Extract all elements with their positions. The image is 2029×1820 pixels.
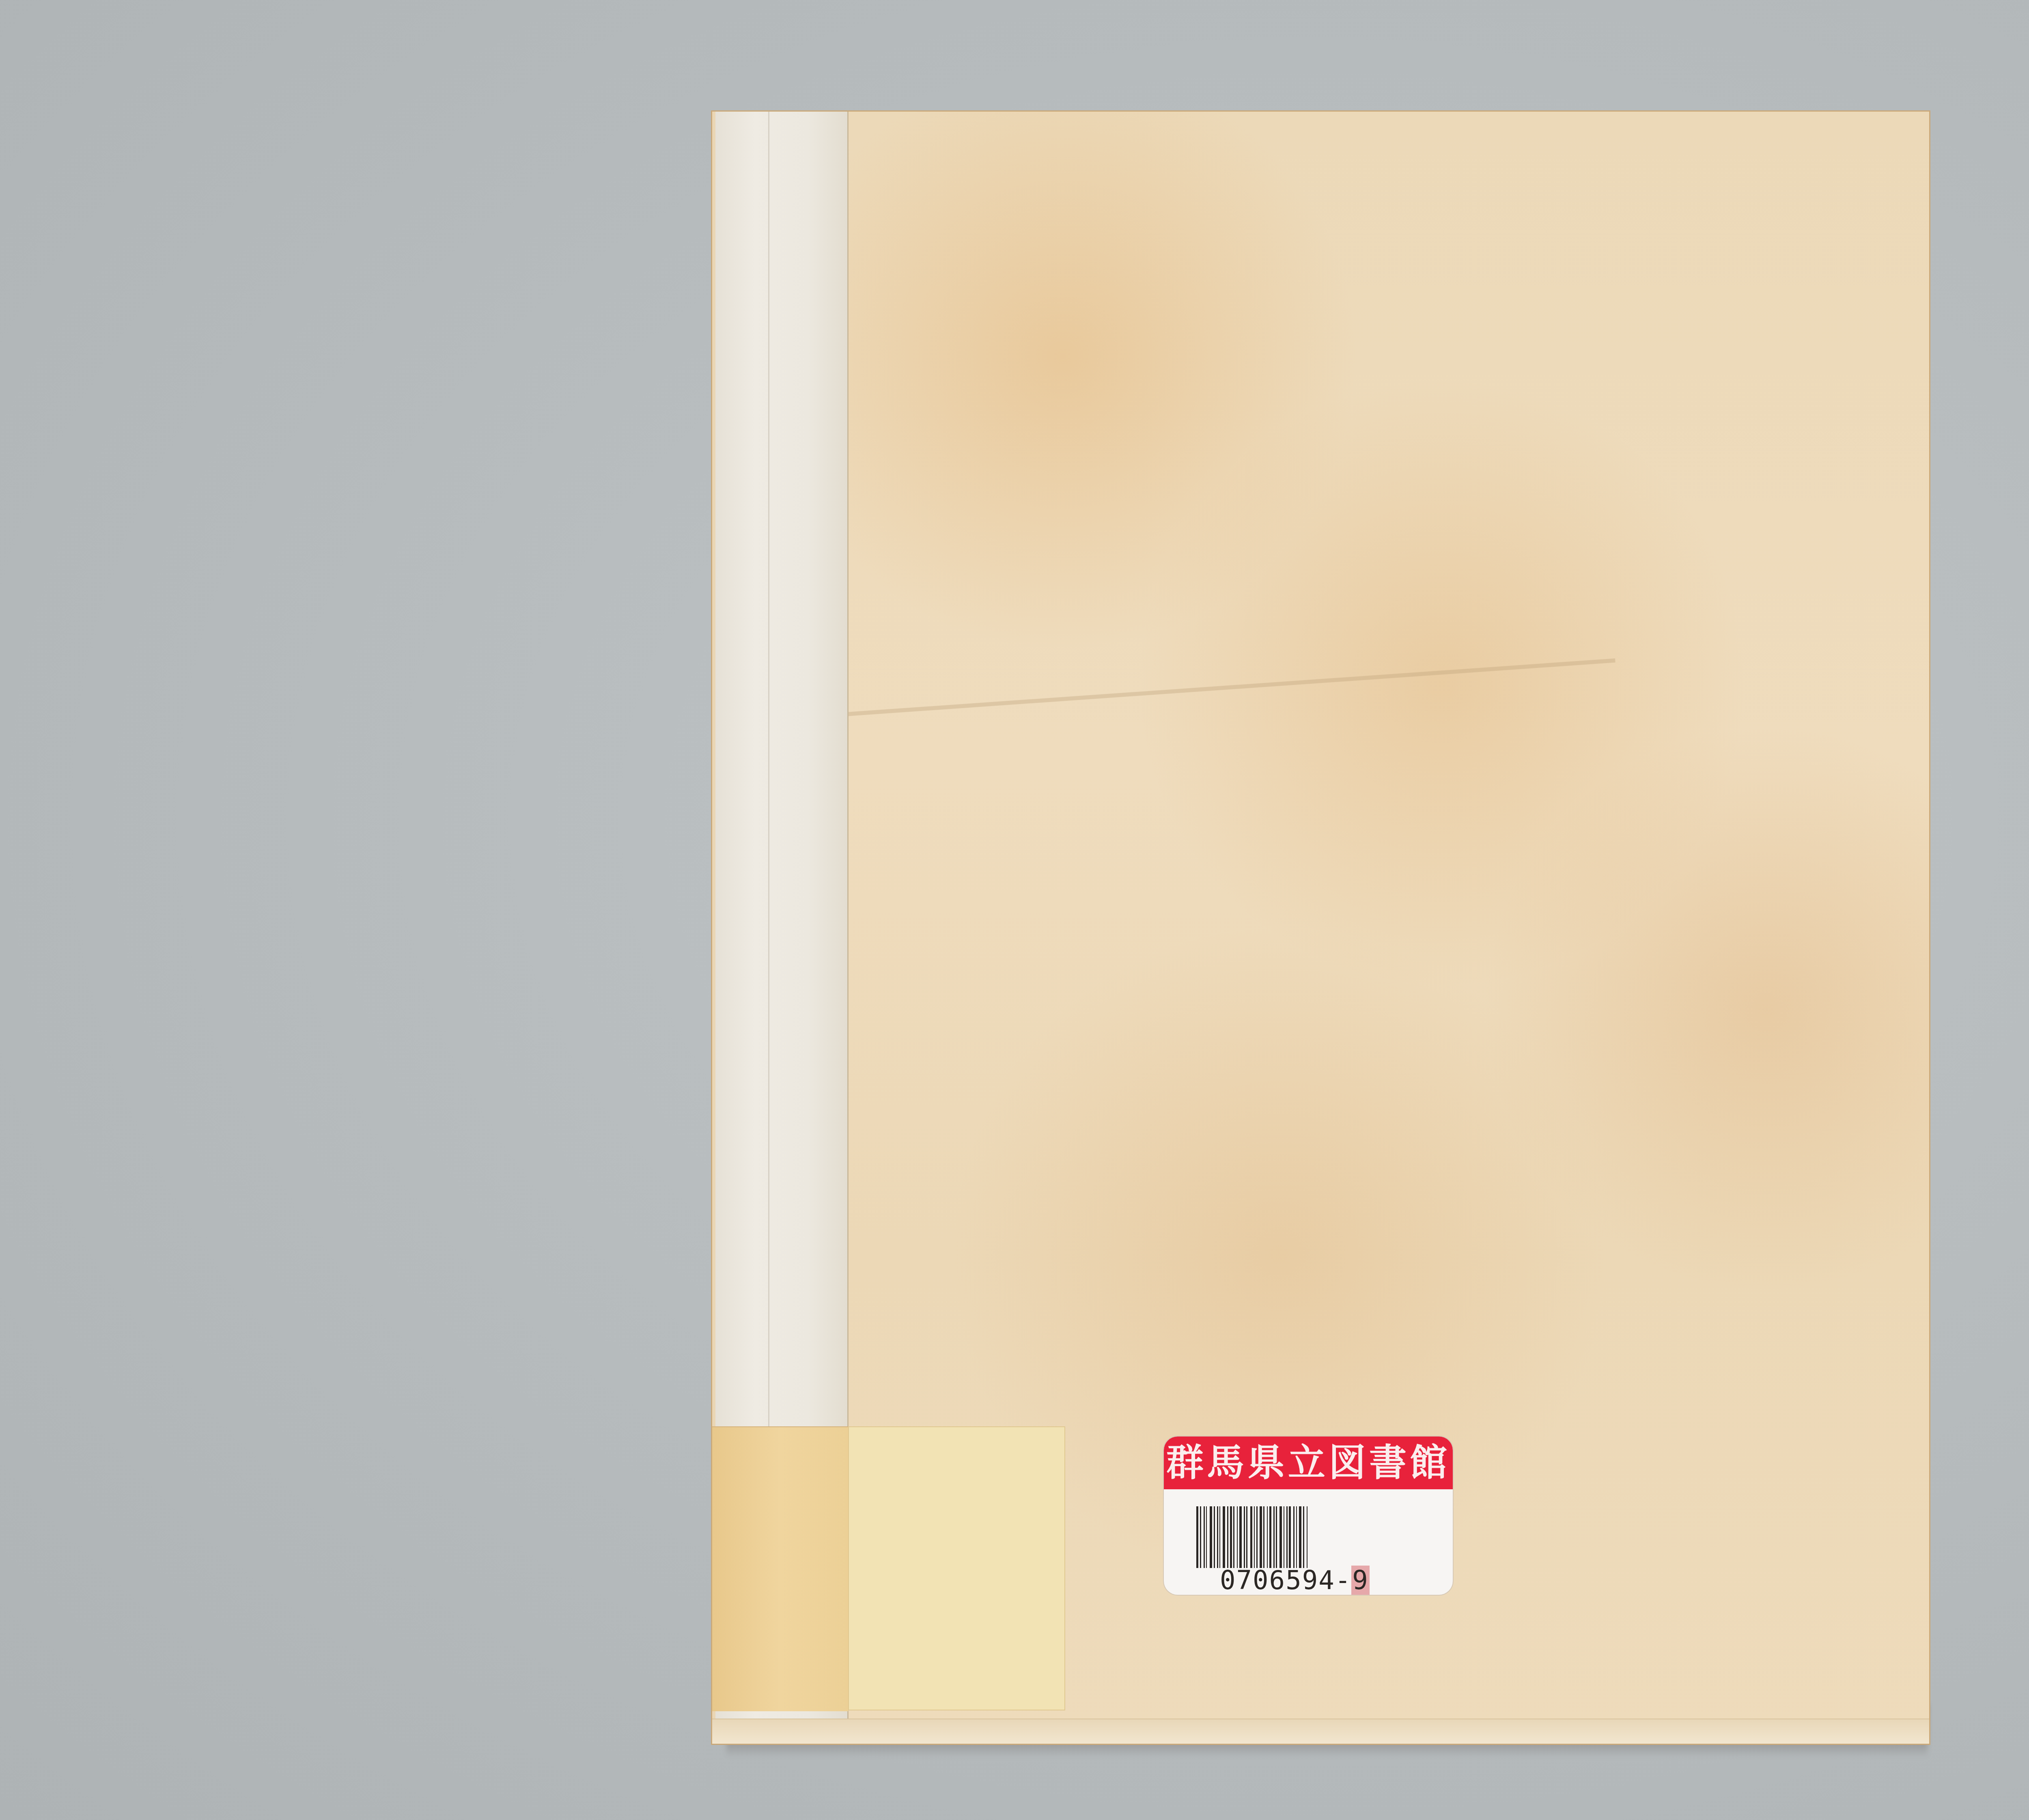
repair-tape-spine	[712, 1426, 848, 1711]
barcode-number: 0706594-9	[1220, 1566, 1370, 1595]
barcode-digits: 0706594-	[1220, 1566, 1351, 1595]
library-barcode-label: 群馬県立図書館 0706594-9	[1164, 1437, 1453, 1595]
book-bottom-edge	[712, 1719, 1929, 1744]
repair-tape-patch	[848, 1426, 1065, 1710]
spine-hinge-line	[768, 112, 769, 1500]
check-digit: 9	[1351, 1566, 1370, 1595]
library-name: 群馬県立図書館	[1164, 1437, 1453, 1489]
barcode-icon	[1196, 1506, 1342, 1568]
